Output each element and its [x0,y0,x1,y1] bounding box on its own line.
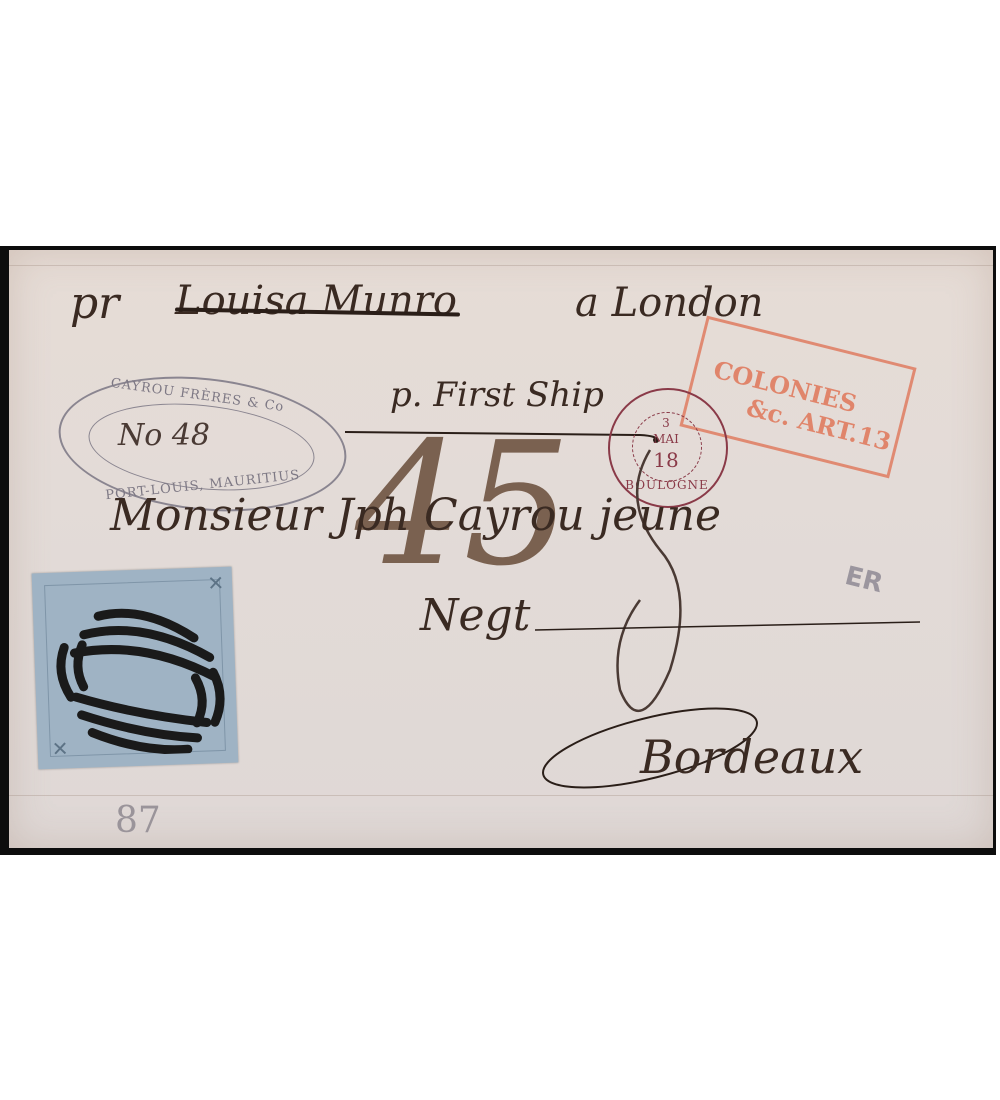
fold-line [9,795,993,796]
datestamp-top: 3 [655,416,677,430]
address-underline [530,610,930,640]
addressee-line2: Negt [420,590,530,641]
barred-oval-cancel-icon [42,582,228,758]
struck-ship-name: Louisa Munro [175,278,457,324]
route-destination: a London [575,280,763,326]
pencil-note: 87 [115,800,161,841]
addressee-city: Bordeaux [640,730,863,784]
handstamp-number: No 48 [118,418,210,453]
postage-stamp: ✕ ✕ blue [32,567,239,770]
fold-line [9,265,993,266]
addressee-line1: Monsieur Jph Cayrou jeune [110,490,721,541]
route-prefix: pr [70,278,119,329]
